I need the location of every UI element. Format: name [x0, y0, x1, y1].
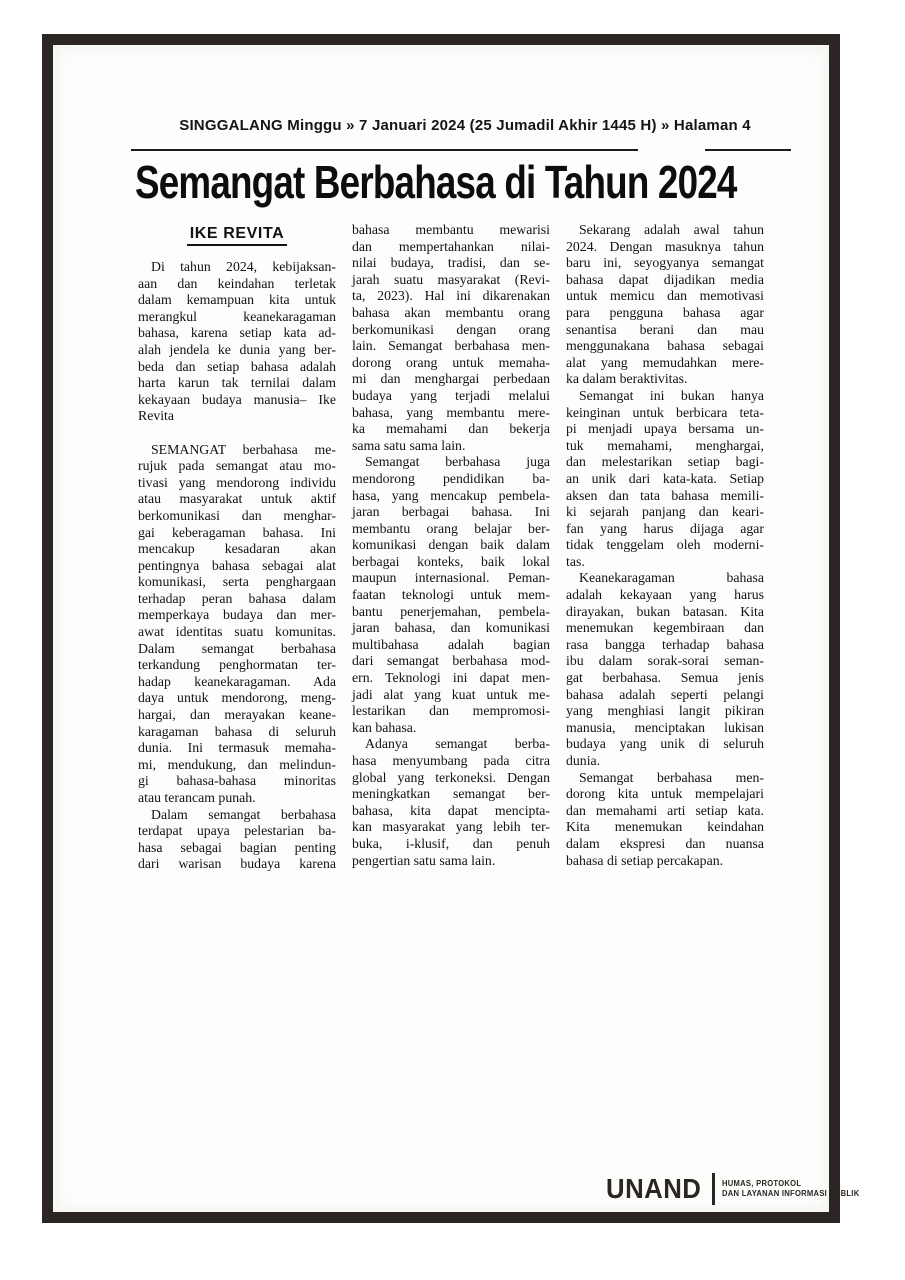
page-border-frame: SINGGALANG Minggu » 7 Januari 2024 (25 J…	[42, 34, 840, 1223]
article-line: bahasa akan membantu orang	[352, 305, 550, 322]
article-line: hasa sebagai bagian penting	[138, 840, 336, 857]
article-line: mencakup kesadaran akan	[138, 541, 336, 558]
article-column-2: bahasa membantu mewarisidan mempertahank…	[352, 222, 550, 873]
article-line: para pengguna bahasa agar	[566, 305, 764, 322]
article-line: awat identitas suatu komunitas.	[138, 624, 336, 641]
article-line: meningkatkan semangat ber-	[352, 786, 550, 803]
article-line: yang menghiasi langit pikiran	[566, 703, 764, 720]
unand-logo-wordmark: UNAND	[606, 1173, 701, 1205]
article-line: alat yang memudahkan mere-	[566, 355, 764, 372]
article-line: Adanya semangat berba-	[352, 736, 550, 753]
article-line: bahasa dapat dijadikan media	[566, 272, 764, 289]
article-line: rasa bangga terhadap bahasa	[566, 637, 764, 654]
article-line: menemukan kegembiraan dan	[566, 620, 764, 637]
article-line: tidak tenggelam oleh moderni-	[566, 537, 764, 554]
article-line: Revita	[138, 408, 336, 425]
header-rule	[131, 149, 638, 151]
article-line: terhadap peran bahasa dalam	[138, 591, 336, 608]
article-line: mendorong pendidikan ba-	[352, 471, 550, 488]
article-line: terdapat upaya pelestarian ba-	[138, 823, 336, 840]
article-line: berkomunikasi dengan orang	[352, 322, 550, 339]
article-line: pentingnya bahasa sebagai alat	[138, 558, 336, 575]
article-paragraph: SEMANGAT berbahasa me-rujuk pada semanga…	[138, 442, 336, 807]
article-line: membantu orang belajar ber-	[352, 521, 550, 538]
article-line: Semangat ini bukan hanya	[566, 388, 764, 405]
article-line: SEMANGAT berbahasa me-	[138, 442, 336, 459]
article-paragraph: Di tahun 2024, kebijaksan-aan dan keinda…	[138, 259, 336, 425]
article-line: merangkul keanekaragaman	[138, 309, 336, 326]
logo-dept-line2: DAN LAYANAN INFORMASI PUBLIK	[722, 1189, 859, 1200]
article-line: menggunakana bahasa sebagai	[566, 338, 764, 355]
article-line: Dalam semangat berbahasa	[138, 807, 336, 824]
article-line: budaya yang unik di seluruh	[566, 736, 764, 753]
logo-dept-line1: HUMAS, PROTOKOL	[722, 1179, 859, 1190]
article-line: tas.	[566, 554, 764, 571]
article-line: 2024. Dengan masuknya tahun	[566, 239, 764, 256]
article-line: bahasa, yang membantu mere-	[352, 405, 550, 422]
article-line: tuk memahami, menghargai,	[566, 438, 764, 455]
article-line: Semangat berbahasa juga	[352, 454, 550, 471]
article-line: karagaman bahasa di seluruh	[138, 724, 336, 741]
article-line: ka memahami dan bekerja	[352, 421, 550, 438]
article-line: alah jendela ke dunia yang ber-	[138, 342, 336, 359]
article-line: bahasa, kita dapat mencipta-	[352, 803, 550, 820]
article-line: manusia, menciptakan lukisan	[566, 720, 764, 737]
article-line: keinginan untuk berbicara teta-	[566, 405, 764, 422]
article-line: bahasa di setiap percakapan.	[566, 853, 764, 870]
article-column-3: Sekarang adalah awal tahun2024. Dengan m…	[566, 222, 764, 873]
article-line: budaya yang terjadi melalui	[352, 388, 550, 405]
article-line: bahasa membantu mewarisi	[352, 222, 550, 239]
article-line: hasa, yang mencakup pembela-	[352, 488, 550, 505]
article-line: atau masyarakat untuk aktif	[138, 491, 336, 508]
article-line: dari semangat berbahasa mod-	[352, 653, 550, 670]
article-line: mi dan menghargai perbedaan	[352, 371, 550, 388]
article-line: nilai budaya, tradisi, dan se-	[352, 255, 550, 272]
article-columns: IKE REVITADi tahun 2024, kebijaksan-aan …	[138, 222, 765, 873]
article-line: an unik dari kata-kata. Setiap	[566, 471, 764, 488]
article-paragraph: Adanya semangat berba-hasa menyumbang pa…	[352, 736, 550, 869]
article-byline-text: IKE REVITA	[187, 225, 288, 246]
article-line: dan melestarikan setiap bagi-	[566, 454, 764, 471]
scanned-clipping-page: SINGGALANG Minggu » 7 Januari 2024 (25 J…	[0, 0, 905, 1280]
article-line: dari warisan budaya karena	[138, 856, 336, 873]
article-line: global yang terkoneksi. Dengan	[352, 770, 550, 787]
article-line: komunikasi, serta penghargaan	[138, 574, 336, 591]
article-line: Dalam semangat berbahasa	[138, 641, 336, 658]
article-headline: Semangat Berbahasa di Tahun 2024	[135, 155, 737, 209]
article-line: ka dalam beraktivitas.	[566, 371, 764, 388]
article-line: multibahasa adalah bagian	[352, 637, 550, 654]
article-line: mi, mendukung, dan melindun-	[138, 757, 336, 774]
article-line: dan memahami arti setiap kata.	[566, 803, 764, 820]
article-line: senantisa berani dan mau	[566, 322, 764, 339]
article-line: lestarikan dan mempromosi-	[352, 703, 550, 720]
article-column-1: IKE REVITADi tahun 2024, kebijaksan-aan …	[138, 222, 336, 873]
article-line: adalah kekayaan yang harus	[566, 587, 764, 604]
article-paragraph: Semangat berbahasa jugamendorong pendidi…	[352, 454, 550, 736]
article-line: untuk memicu dan memotivasi	[566, 288, 764, 305]
article-line: baru ini, seyogyanya semangat	[566, 255, 764, 272]
article-line: daya untuk mendorong, meng-	[138, 690, 336, 707]
article-line: hargai, dan merayakan keane-	[138, 707, 336, 724]
article-line: jaran berbagai bahasa. Ini	[352, 504, 550, 521]
article-line: hadap keanekaragaman. Ada	[138, 674, 336, 691]
article-line: pengertian satu sama lain.	[352, 853, 550, 870]
article-line: sama satu sama lain.	[352, 438, 550, 455]
article-byline: IKE REVITA	[138, 225, 336, 246]
header-rule-fragment	[705, 149, 791, 151]
article-line: gai keberagaman bahasa. Ini	[138, 525, 336, 542]
article-paragraph: Dalam semangat berbahasaterdapat upaya p…	[138, 807, 336, 873]
article-line: hasa menyumbang pada citra	[352, 753, 550, 770]
article-line: Keanekaragaman bahasa	[566, 570, 764, 587]
article-line: berkomunikasi dan menghar-	[138, 508, 336, 525]
article-line: kan bahasa.	[352, 720, 550, 737]
article-line: rujuk pada semangat atau mo-	[138, 458, 336, 475]
article-line: komunikasi dengan baik dalam	[352, 537, 550, 554]
article-line: Di tahun 2024, kebijaksan-	[138, 259, 336, 276]
article-line: ta, 2023). Hal ini dikarenakan	[352, 288, 550, 305]
article-line: dalam kemampuan kita untuk	[138, 292, 336, 309]
article-line: terkandung penghormatan ter-	[138, 657, 336, 674]
article-paragraph: bahasa membantu mewarisidan mempertahank…	[352, 222, 550, 454]
article-line: dan mempertahankan nilai-	[352, 239, 550, 256]
article-line: ibu dalam sorak-sorai seman-	[566, 653, 764, 670]
article-line: dorong kita untuk mempelajari	[566, 786, 764, 803]
article-paragraph: Semangat ini bukan hanyakeinginan untuk …	[566, 388, 764, 571]
article-line: dorong orang untuk memaha-	[352, 355, 550, 372]
article-line: lain. Semangat berbahasa men-	[352, 338, 550, 355]
article-line: aan dan keindahan terletak	[138, 276, 336, 293]
article-line: harta karun tak ternilai dalam	[138, 375, 336, 392]
unand-logo-department: HUMAS, PROTOKOL DAN LAYANAN INFORMASI PU…	[722, 1179, 859, 1200]
article-line: jadi alat yang kuat untuk me-	[352, 687, 550, 704]
article-line: kan masyarakat yang lebih ter-	[352, 819, 550, 836]
article-line: memperkaya budaya dan mer-	[138, 607, 336, 624]
masthead-dateline: SINGGALANG Minggu » 7 Januari 2024 (25 J…	[138, 117, 792, 134]
article-line: faatan teknologi untuk mem-	[352, 587, 550, 604]
article-paragraph: Keanekaragaman bahasaadalah kekayaan yan…	[566, 570, 764, 769]
article-line: gi bahasa-bahasa minoritas	[138, 773, 336, 790]
article-line: beda dan setiap bahasa adalah	[138, 359, 336, 376]
article-line: dirayakan, bukan batasan. Kita	[566, 604, 764, 621]
article-line: jaran bahasa, dan komunikasi	[352, 620, 550, 637]
unand-logo: UNAND HUMAS, PROTOKOL DAN LAYANAN INFORM…	[606, 1173, 866, 1205]
article-line: dunia. Ini termasuk memaha-	[138, 740, 336, 757]
article-line: dunia.	[566, 753, 764, 770]
article-line: Semangat berbahasa men-	[566, 770, 764, 787]
article-paragraph: Semangat berbahasa men-dorong kita untuk…	[566, 770, 764, 870]
article-line: tivasi yang mendorong individu	[138, 475, 336, 492]
article-line: berbagai konteks, baik lokal	[352, 554, 550, 571]
article-line: buka, i-klusif, dan penuh	[352, 836, 550, 853]
article-line: bantu penerjemahan, pembela-	[352, 604, 550, 621]
article-line: jarah suatu masyarakat (Revi-	[352, 272, 550, 289]
unand-logo-divider	[712, 1173, 715, 1205]
article-line: maupun internasional. Peman-	[352, 570, 550, 587]
article-line: bahasa, karena setiap kata ad-	[138, 325, 336, 342]
article-line: Kita menemukan keindahan	[566, 819, 764, 836]
article-line: bahasa adalah seperti pelangi	[566, 687, 764, 704]
article-line: kekayaan budaya manusia– Ike	[138, 392, 336, 409]
article-line: dalam ekspresi dan nuansa	[566, 836, 764, 853]
article-line: Sekarang adalah awal tahun	[566, 222, 764, 239]
article-line: fan yang harus dijaga agar	[566, 521, 764, 538]
article-line: atau terancam punah.	[138, 790, 336, 807]
article-line: ern. Teknologi ini dapat men-	[352, 670, 550, 687]
article-line: gat berbahasa. Semua jenis	[566, 670, 764, 687]
article-paragraph: Sekarang adalah awal tahun2024. Dengan m…	[566, 222, 764, 388]
article-line: ki sejarah panjang dan keari-	[566, 504, 764, 521]
article-line: aksen dan tata bahasa memili-	[566, 488, 764, 505]
article-line: pi menjadi upaya bersama un-	[566, 421, 764, 438]
